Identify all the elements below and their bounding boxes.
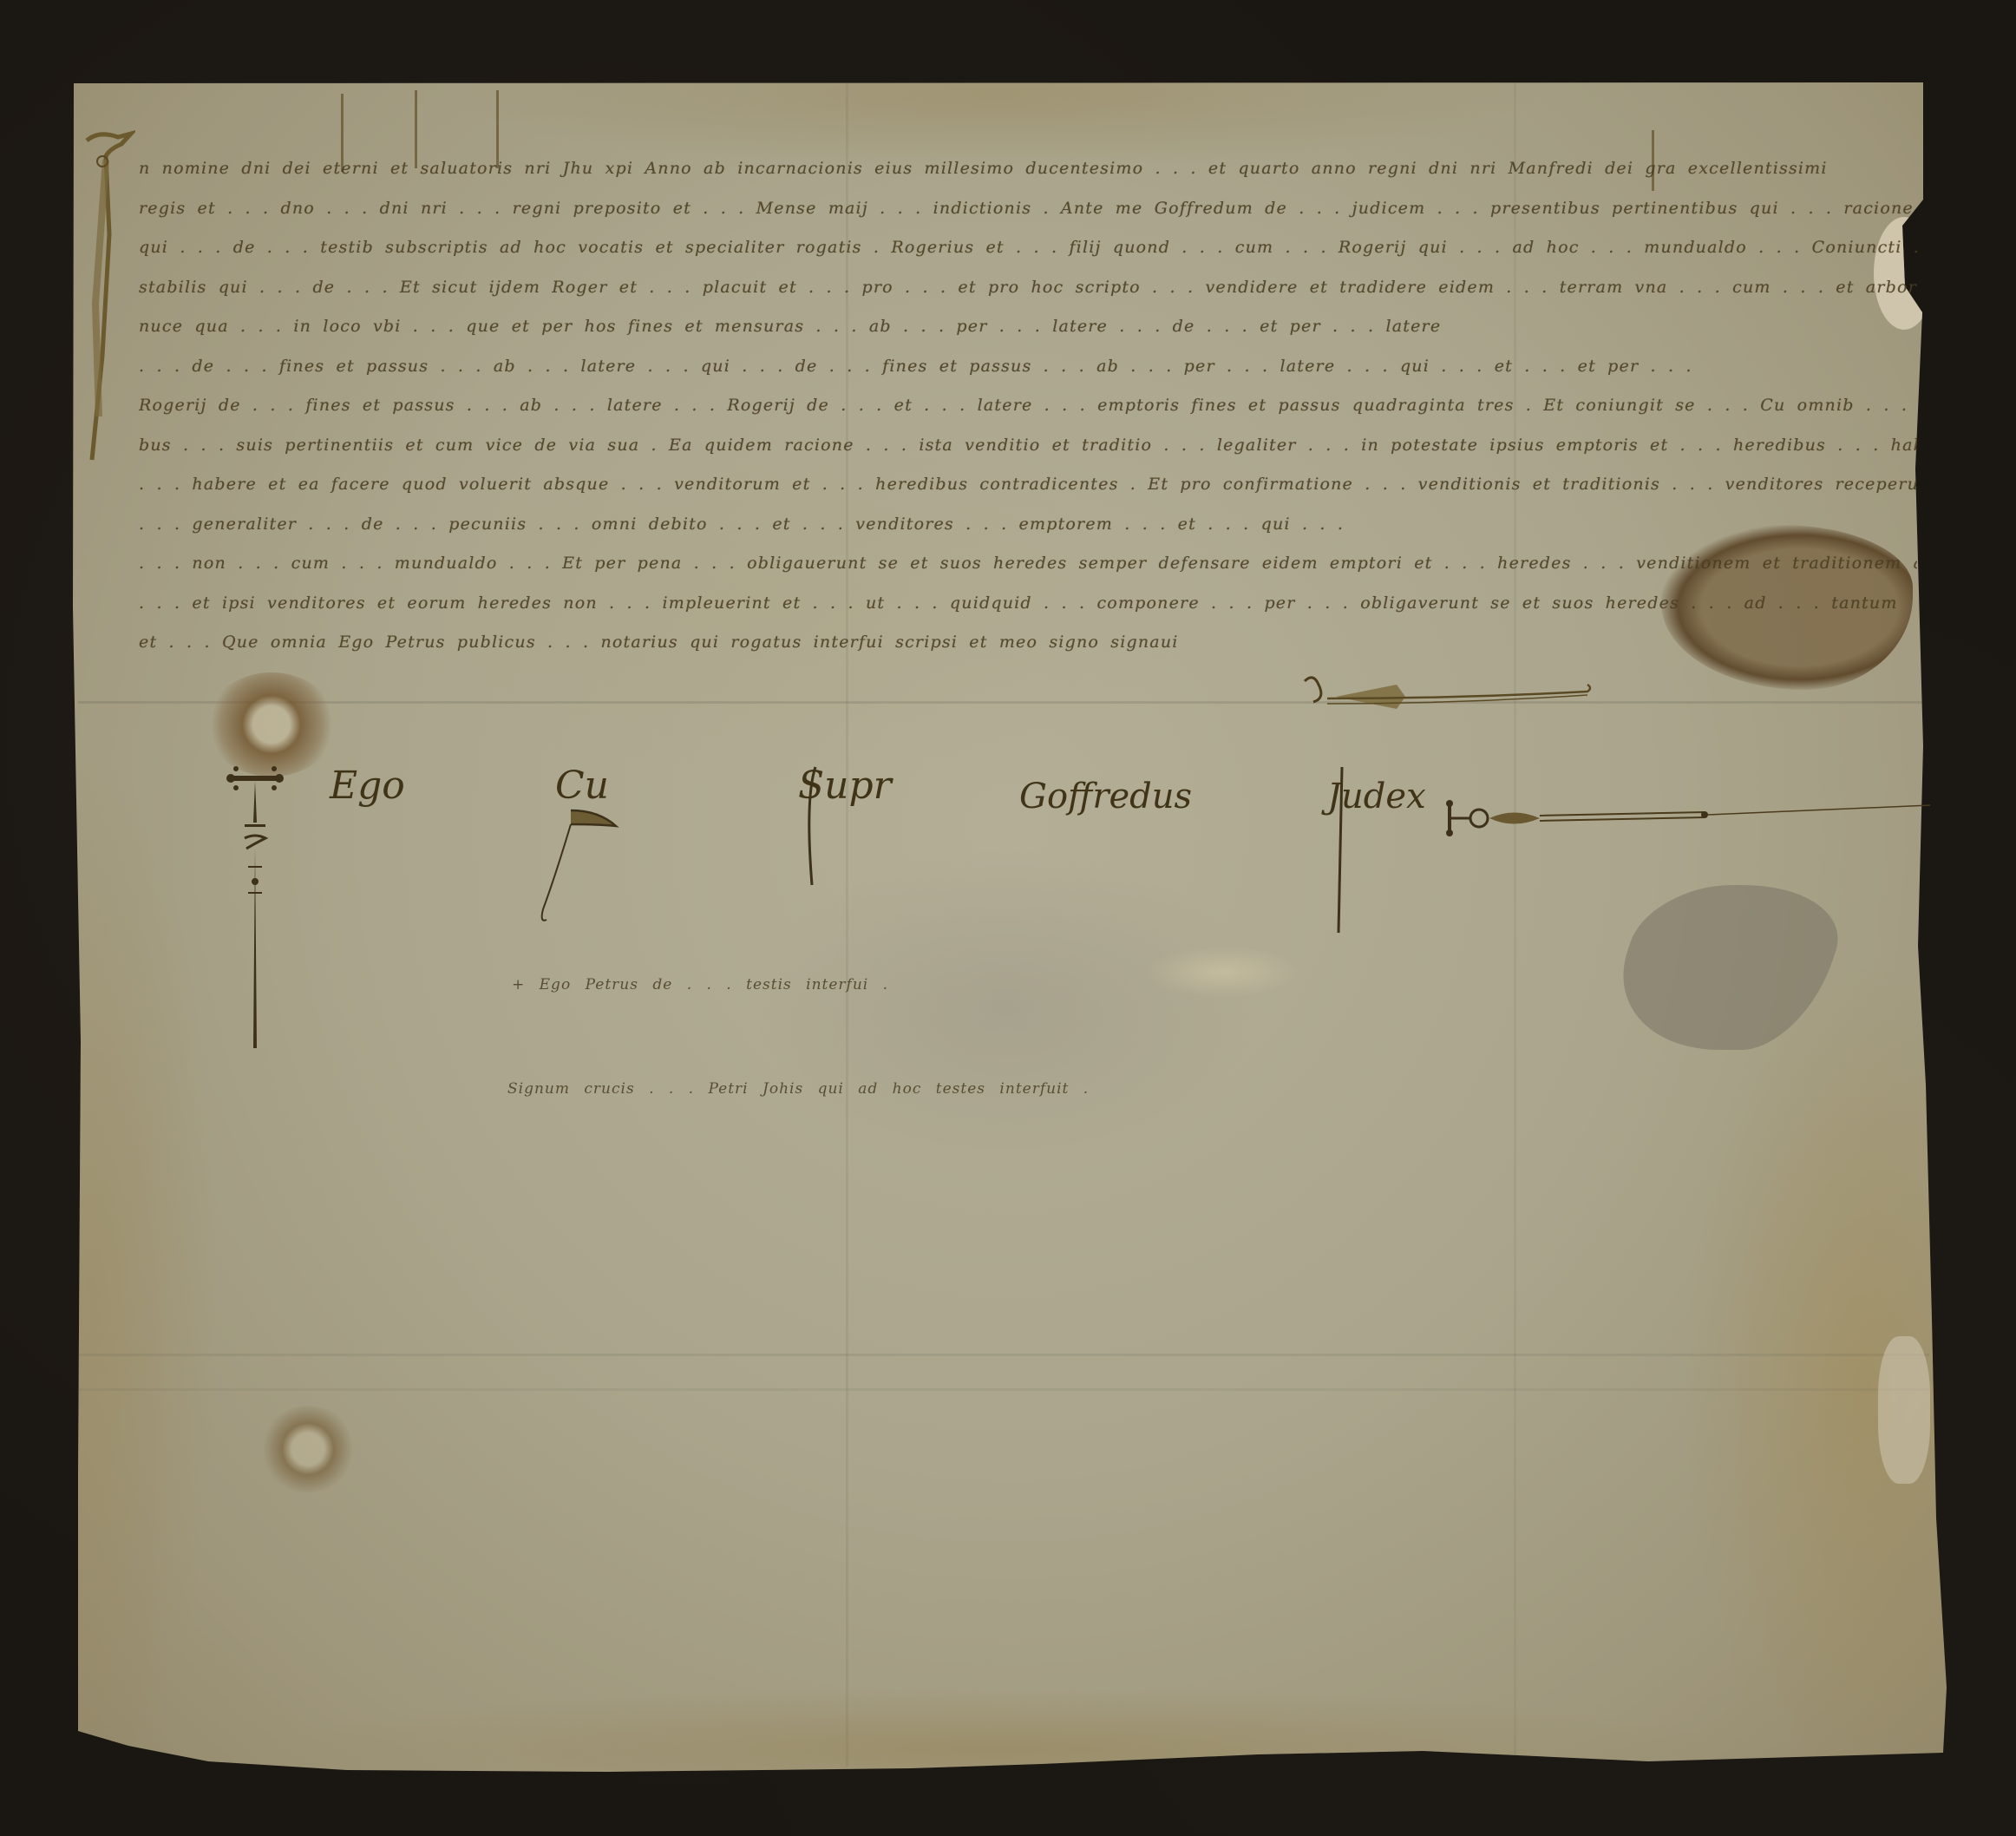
- signum-cross-icon: [224, 753, 286, 1052]
- notary-flourish-icon: [1301, 672, 1596, 725]
- flourish-icon: [520, 807, 625, 928]
- text-line: . . . habere et ea facere quod voluerit …: [139, 465, 1917, 505]
- fold-crease: [78, 1388, 1929, 1391]
- text-line: nuce qua . . . in loco vbi . . . que et …: [139, 307, 1917, 347]
- flourish-icon: [1323, 764, 1358, 937]
- judge-sword-flourish-icon: [1444, 797, 1930, 840]
- text-line: qui . . . de . . . testib subscriptis ad…: [139, 228, 1917, 268]
- witness-line: Signum crucis . . . Petri Johis qui ad h…: [507, 1080, 1089, 1098]
- fold-crease: [78, 1354, 1929, 1356]
- stain-blot: [260, 1406, 356, 1492]
- text-line: . . . de . . . fines et passus . . . ab …: [139, 347, 1917, 387]
- stain-light: [1145, 946, 1301, 998]
- fold-crease: [78, 701, 1929, 704]
- witness-line: + Ego Petrus de . . . testis interfui .: [512, 976, 888, 993]
- flourish-icon: [798, 764, 850, 894]
- signature-ego: Ego: [330, 764, 405, 808]
- text-line: . . . et ipsi venditores et eorum herede…: [139, 584, 1917, 624]
- text-line: bus . . . suis pertinentiis et cum vice …: [139, 426, 1917, 466]
- decorated-initial-icon: [83, 130, 135, 469]
- text-line: et . . . Que omnia Ego Petrus publicus .…: [139, 623, 1301, 663]
- torn-edge-patch: [1878, 1336, 1930, 1484]
- signature-cu: Cu: [555, 764, 609, 808]
- text-line: Rogerij de . . . fines et passus . . . a…: [139, 386, 1917, 426]
- text-line: . . . non . . . cum . . . mundualdo . . …: [139, 544, 1917, 584]
- signature-goffredus: Goffredus: [1019, 777, 1192, 816]
- text-line: . . . generaliter . . . de . . . pecunii…: [139, 505, 1917, 545]
- text-line: regis et . . . dno . . . dni nri . . . r…: [139, 189, 1917, 229]
- text-line: n nomine dni dei eterni et saluatoris nr…: [139, 149, 1917, 189]
- charter-body-text: n nomine dni dei eterni et saluatoris nr…: [139, 149, 1917, 663]
- shadow-stain: [1595, 885, 1857, 1050]
- text-line: stabilis qui . . . de . . . Et sicut ijd…: [139, 268, 1917, 308]
